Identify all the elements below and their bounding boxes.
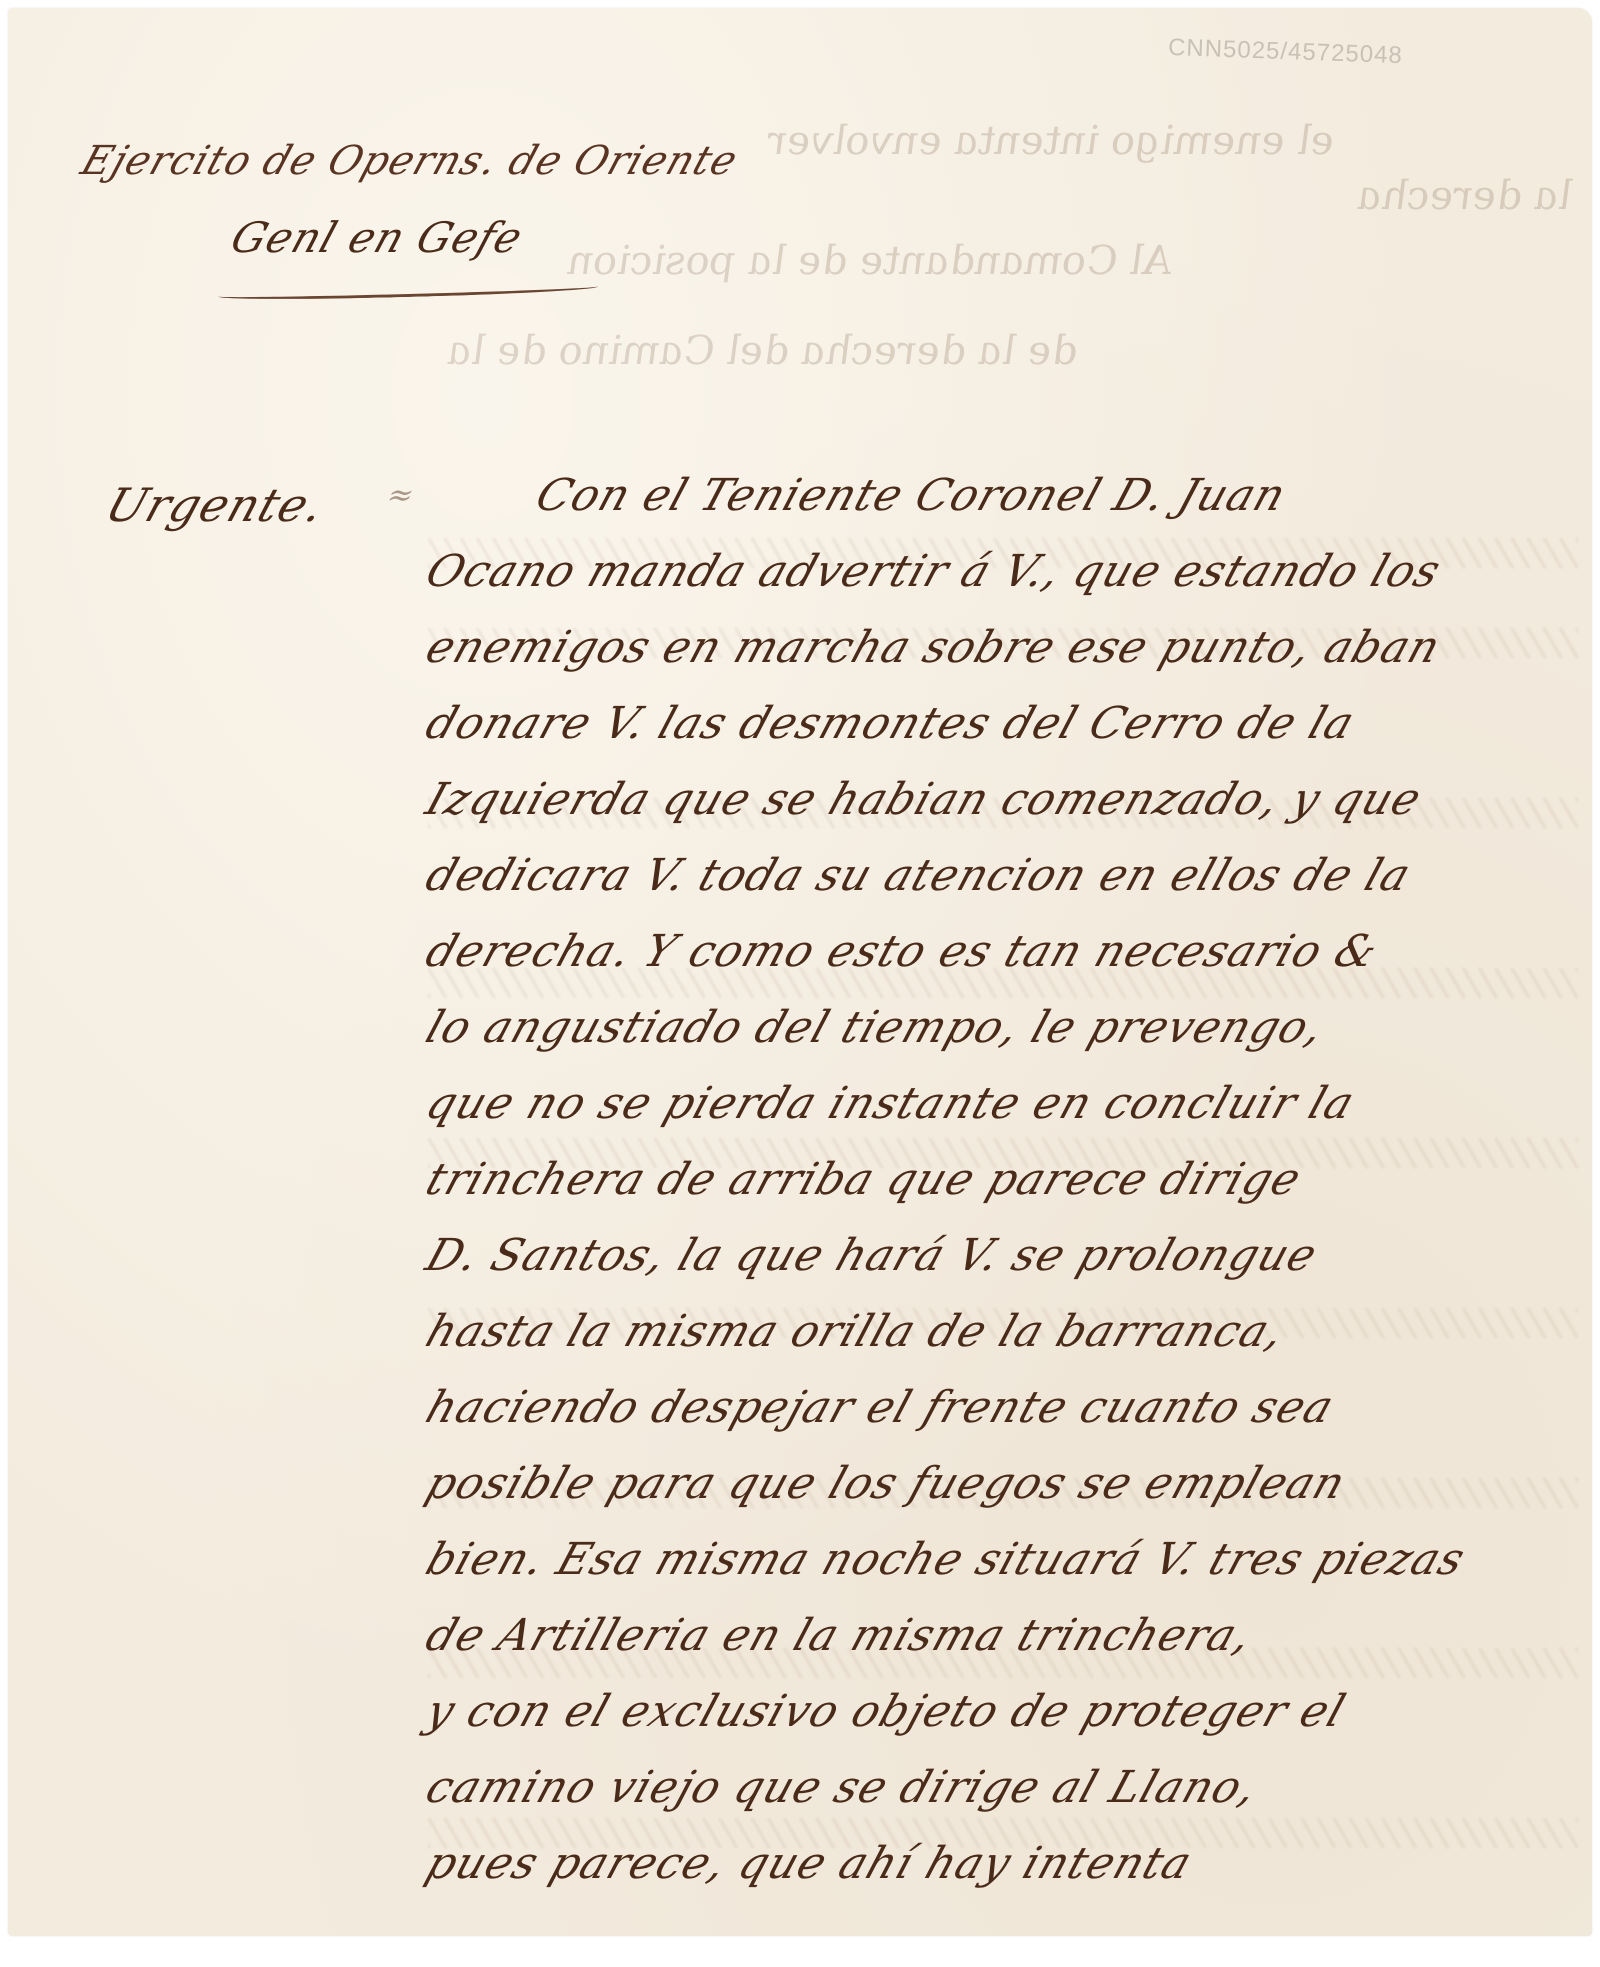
letterhead-line-1: Ejercito de Operns. de Oriente xyxy=(76,138,744,184)
body-line: enemigos en marcha sobre ese punto, aban xyxy=(420,622,1447,673)
body-line: dedicara V. toda su atencion en ellos de… xyxy=(420,850,1418,901)
body-line: que no se pierda instante en concluir la xyxy=(420,1078,1361,1129)
body-line: y con el exclusivo objeto de proteger el xyxy=(420,1686,1352,1737)
body-line: hasta la misma orilla de la barranca, xyxy=(420,1306,1292,1357)
body-line: derecha. Y como esto es tan necesario & xyxy=(420,926,1385,977)
pencil-catalog-annotation: CNN5025/45725048 xyxy=(1168,34,1404,70)
body-line: posible para que los fuegos se emplean xyxy=(420,1458,1353,1509)
body-line: donare V. las desmontes del Cerro de la xyxy=(420,698,1361,749)
bleed-through-text: el enemigo intenta envolver xyxy=(761,118,1342,164)
body-line: D. Santos, la que hará V. se prolongue xyxy=(420,1230,1324,1281)
body-line: pues parece, que ahí hay intenta xyxy=(420,1838,1199,1889)
margin-note-urgent: Urgente. xyxy=(99,478,332,532)
indent-mark: ≈ xyxy=(382,478,420,513)
bleed-through-text: de la derecha del Camino de la xyxy=(441,328,1085,374)
body-line: haciendo despejar el frente cuanto sea xyxy=(420,1382,1341,1433)
body-line: Izquierda que se habian comenzado, y que xyxy=(420,774,1428,825)
body-line: de Artilleria en la misma trinchera, xyxy=(420,1610,1259,1661)
body-line: camino viejo que se dirige al Llano, xyxy=(420,1762,1264,1813)
body-line: bien. Esa misma noche situará V. tres pi… xyxy=(420,1534,1472,1585)
bleed-through-text: Al Comandante de la posicion xyxy=(561,238,1180,284)
body-line: lo angustiado del tiempo, le prevengo, xyxy=(420,1002,1331,1053)
body-line: Ocano manda advertir á V., que estando l… xyxy=(420,546,1448,597)
bleed-through-text: la derecha xyxy=(1351,173,1579,219)
letterhead-underline xyxy=(218,281,598,302)
letterhead-line-2: Genl en Gefe xyxy=(225,213,529,262)
body-line: Con el Teniente Coronel D. Juan xyxy=(530,470,1293,521)
letter-sheet: CNN5025/45725048 el enemigo intenta envo… xyxy=(8,8,1592,1936)
body-line: trinchera de arriba que parece dirige xyxy=(420,1154,1308,1205)
